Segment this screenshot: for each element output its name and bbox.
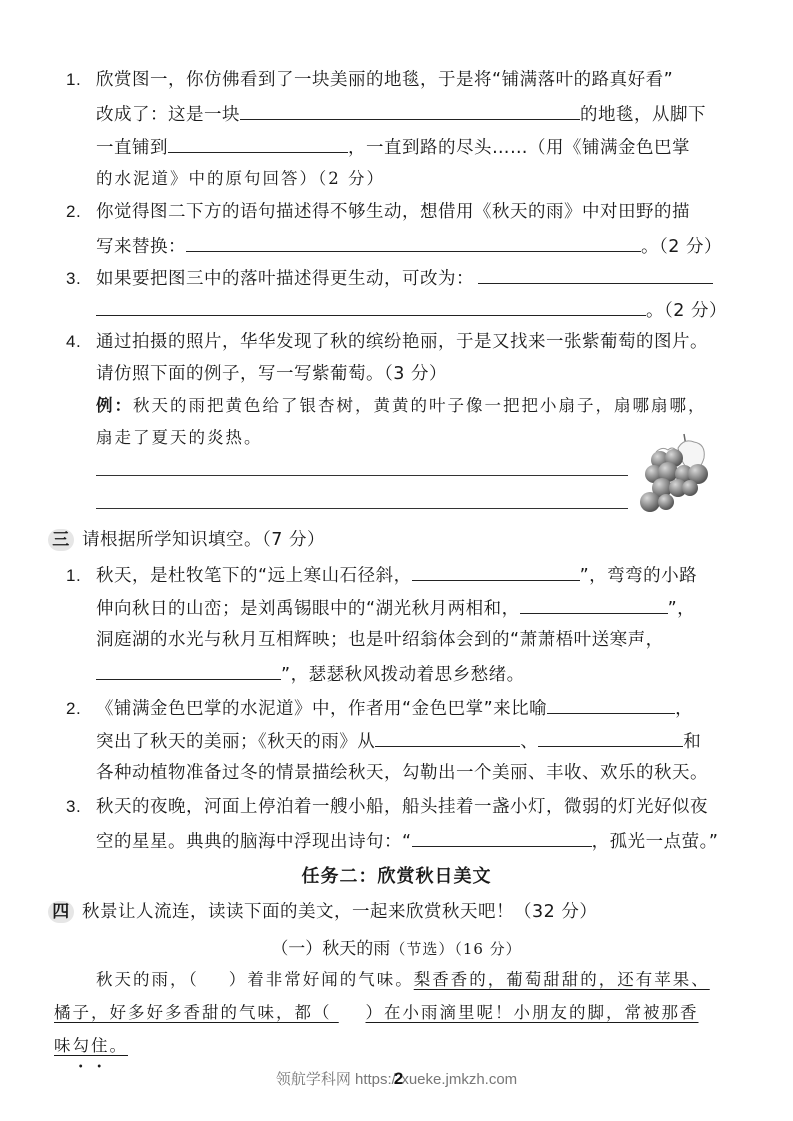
passage-line2: 橘子，好多好多香甜的气味，都（ ）在小雨滴里呢！小朋友的脚，常被那香 xyxy=(54,1001,699,1025)
answer-blank[interactable] xyxy=(168,134,348,153)
question-number: 2. xyxy=(66,697,96,721)
answer-line[interactable] xyxy=(96,508,628,509)
s3-q1-line4: ”，瑟瑟秋风拨动着思乡愁绪。 xyxy=(96,661,525,687)
q3-line2: 。（2 分） xyxy=(96,297,727,323)
q1-line1: 1.欣赏图一，你仿佛看到了一块美丽的地毯，于是将“铺满落叶的路真好看” xyxy=(66,68,673,92)
section-number-badge: 三 xyxy=(48,529,74,551)
question-number: 1. xyxy=(66,564,96,588)
section3-header: 三请根据所学知识填空。（7 分） xyxy=(48,528,325,552)
q4-example-line1: 例：秋天的雨把黄色给了银杏树，黄黄的叶子像一把把小扇子，扇哪扇哪， xyxy=(96,394,707,418)
s3-q2-line1: 2.《铺满金色巴掌的水泥道》中，作者用“金色巴掌”来比喻， xyxy=(66,695,693,721)
q1-line4: 的水泥道》中的原句回答）（2 分） xyxy=(96,167,385,191)
answer-blank[interactable] xyxy=(547,695,675,714)
answer-blank[interactable] xyxy=(412,562,580,581)
example-label: 例： xyxy=(96,396,133,415)
passage-line1: 秋天的雨，（）着非常好闻的气味。梨香香的，葡萄甜甜的，还有苹果、 xyxy=(96,968,710,992)
answer-blank[interactable] xyxy=(186,233,641,252)
q1-line2: 改成了：这是一块的地毯，从脚下 xyxy=(96,101,706,127)
s3-q2-line3: 各种动植物准备过冬的情景描绘秋天，勾勒出一个美丽、丰收、欢乐的秋天。 xyxy=(96,761,708,785)
q4-example-line2: 扇走了夏天的炎热。 xyxy=(96,426,263,450)
section4-header: 四秋景让人流连，读读下面的美文，一起来欣赏秋天吧！（32 分） xyxy=(48,900,597,924)
s3-q1-line3: 洞庭湖的水光与秋月互相辉映；也是叶绍翁体会到的“萧萧梧叶送寒声， xyxy=(96,628,664,652)
s3-q3-line1: 3.秋天的夜晚，河面上停泊着一艘小船，船头挂着一盏小灯，微弱的灯光好似夜 xyxy=(66,795,708,819)
q4-line1: 4.通过拍摄的照片，华华发现了秋的缤纷艳丽，于是又找来一张紫葡萄的图片。 xyxy=(66,330,708,354)
passage-line3: 味勾住。 xyxy=(54,1034,128,1058)
s3-q1-line2: 伸向秋日的山峦；是刘禹锡眼中的“湖光秋月两相和，”， xyxy=(96,595,695,621)
question-number: 3. xyxy=(66,795,96,819)
section-title: 秋景让人流连，读读下面的美文，一起来欣赏秋天吧！（32 分） xyxy=(82,902,597,922)
emphasis-dot-char: 勾 xyxy=(73,1036,92,1055)
passage-subtitle: （一）秋天的雨（节选）（16 分） xyxy=(0,934,793,959)
q4-line2: 请仿照下面的例子，写一写紫葡萄。（3 分） xyxy=(96,362,447,386)
question-number: 2. xyxy=(66,200,96,224)
grape-illustration xyxy=(636,430,718,518)
answer-blank[interactable] xyxy=(332,1001,366,1025)
s3-q3-line2: 空的星星。典典的脑海中浮现出诗句：“，孤光一点萤。” xyxy=(96,828,718,854)
s3-q1-line1: 1.秋天，是杜牧笔下的“远上寒山石径斜，”，弯弯的小路 xyxy=(66,562,697,588)
section-number-badge: 四 xyxy=(48,901,74,923)
watermark-site: 领航学科网 https:/ xyxy=(276,1071,396,1088)
answer-blank[interactable] xyxy=(520,595,668,614)
answer-blank[interactable] xyxy=(96,661,281,680)
answer-blank[interactable] xyxy=(96,297,646,316)
answer-blank[interactable] xyxy=(412,828,592,847)
q2-line1: 2.你觉得图二下方的语句描述得不够生动，想借用《秋天的雨》中对田野的描 xyxy=(66,200,690,224)
page-footer: 领航学科网 https:/2xueke.jmkzh.com xyxy=(0,1068,793,1089)
answer-blank[interactable] xyxy=(478,265,713,284)
question-number: 4. xyxy=(66,330,96,354)
question-number: 1. xyxy=(66,68,96,92)
emphasis-dot-char: 住 xyxy=(91,1036,110,1055)
q1-line3: 一直铺到，一直到路的尽头……（用《铺满金色巴掌 xyxy=(96,134,690,160)
q2-line2: 写来替换：。（2 分） xyxy=(96,233,722,259)
section-title: 请根据所学知识填空。（7 分） xyxy=(82,530,325,550)
q3-line1: 3.如果要把图三中的落叶描述得更生动，可改为： xyxy=(66,265,713,291)
answer-blank[interactable] xyxy=(375,728,520,747)
question-number: 3. xyxy=(66,267,96,291)
worksheet-page: 1.欣赏图一，你仿佛看到了一块美丽的地毯，于是将“铺满落叶的路真好看” 改成了：… xyxy=(0,0,793,1121)
answer-line[interactable] xyxy=(96,475,628,476)
answer-blank[interactable] xyxy=(538,728,683,747)
answer-blank[interactable] xyxy=(240,101,580,120)
task2-title: 任务二：欣赏秋日美文 xyxy=(0,862,793,888)
s3-q2-line2: 突出了秋天的美丽；《秋天的雨》从、和 xyxy=(96,728,701,754)
